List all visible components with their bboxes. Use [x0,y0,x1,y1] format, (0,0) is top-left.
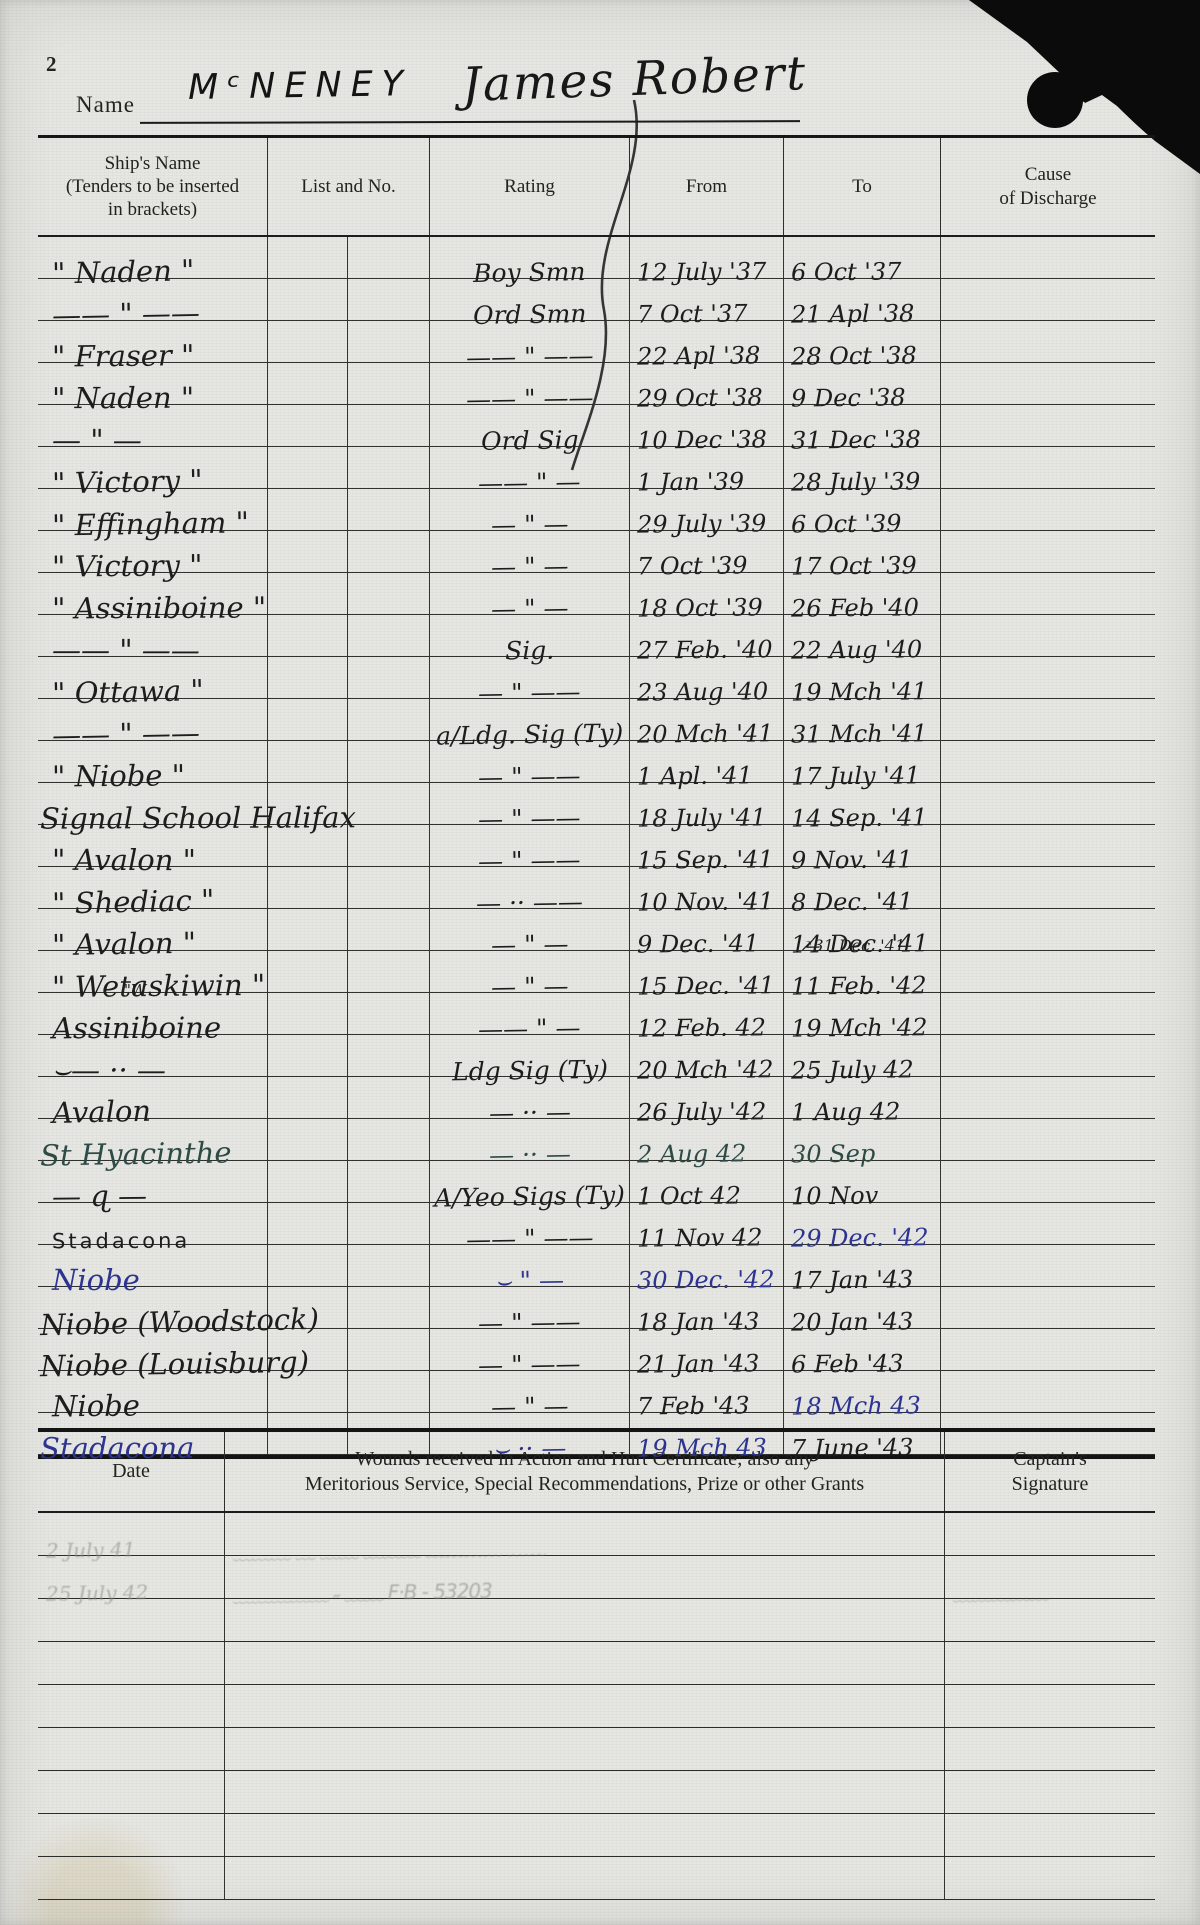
cause-cell [941,657,1155,698]
service-table-header: Ship's Name (Tenders to be inserted in b… [38,138,1155,237]
date-cell [38,1642,225,1684]
note-cell [225,1857,945,1899]
from-date-handwriting: 20 Mch '41 [630,724,774,747]
ship-name-handwriting: Niobe (Louisburg) [38,1349,309,1380]
rating-handwriting: — " — [491,597,569,621]
rating-handwriting: — " — [491,975,569,999]
from-date-handwriting: 10 Nov. '41 [630,892,774,915]
cause-cell [941,615,1155,656]
date-cell [38,1771,225,1813]
cause-cell [941,1077,1155,1118]
wounds-row [38,1771,1155,1814]
rating-handwriting: — " — [491,555,569,579]
header-rating-label: Rating [504,175,555,198]
rating-handwriting: ⌣ " — [495,1269,564,1293]
service-row: —— " ——Ord Smn7 Oct '3721 Apl '38 [38,279,1155,321]
rating-handwriting: Ldg Sig (Ty) [451,1058,607,1083]
list-no-cell [348,1287,430,1328]
cause-cell [941,573,1155,614]
service-row: — " —Ord Sig10 Dec '3831 Dec '38 [38,405,1155,447]
rating-handwriting: — " — [491,1395,569,1419]
to-date-handwriting: 7 June '43 [784,1438,914,1461]
list-cell [268,321,348,362]
cause-cell [941,993,1155,1034]
date-cell [38,1599,225,1641]
note-cell [225,1642,945,1684]
rating-handwriting: — ·· — [489,1101,571,1125]
list-no-cell [348,573,430,614]
list-no-cell [348,447,430,488]
rating-handwriting: — " —— [478,1311,581,1335]
from-date-handwriting: 1 Apl. '41 [630,766,753,789]
list-cell [268,741,348,782]
date-cell [38,1857,225,1899]
date-cell: 2 July 41 [38,1513,225,1555]
list-no-cell [348,1245,430,1286]
list-no-cell [348,1077,430,1118]
note-cell [225,1814,945,1856]
cause-cell [941,1035,1155,1076]
rating-handwriting: A/Yeo Sigs (Ty) [434,1184,625,1210]
to-date-handwriting: 9 Dec '38 [784,388,906,411]
header-wounds-line2: Meritorious Service, Special Recommendat… [305,1472,864,1497]
header-ships-name-line2: (Tenders to be inserted [66,175,239,198]
list-no-cell [348,1119,430,1160]
header-ships-name-line1: Ship's Name [105,152,201,175]
wounds-table-rows: 2 July 41﹏﹏﹏ ﹏ ﹏﹏ ﹏﹏﹏ ﹏﹏﹏﹏ ﹏﹏25 July 42﹏… [38,1513,1155,1900]
service-row: St Hyacinthe— ·· —2 Aug 4230 Sep [38,1119,1155,1161]
wounds-row [38,1642,1155,1685]
rating-handwriting: Sig. [505,639,554,662]
list-cell [268,951,348,992]
from-date-handwriting: 18 Oct '39 [630,598,763,621]
rating-handwriting: — ·· —— [476,891,583,915]
ship-name-handwriting: ⌣— ·· — [38,1057,166,1083]
header-to-label: To [852,175,872,198]
wounds-row [38,1728,1155,1771]
ship-name-handwriting: " Victory " [38,467,203,497]
note-cell [225,1728,945,1770]
service-table-rows: " Naden "Boy Smn12 July '376 Oct '37—— "… [38,237,1155,1455]
ship-name-handwriting: —— " —— [38,300,200,329]
from-date-handwriting: 7 Oct '37 [630,304,748,327]
from-date-handwriting: 27 Feb. '40 [630,640,773,663]
to-date-handwriting: 6 Oct '39 [784,514,902,537]
list-no-cell [348,951,430,992]
list-cell [268,1161,348,1202]
to-date-handwriting: 19 Mch '42 [784,1018,928,1041]
cause-cell [941,783,1155,824]
service-row: " Victory "—— " —1 Jan '3928 July '39 [38,447,1155,489]
header-signature-line2: Signature [1012,1472,1089,1497]
rating-handwriting: — " —— [478,849,581,873]
to-date-handwriting: 18 Mch 43 [784,1396,921,1419]
note-cell [225,1599,945,1641]
from-date-handwriting: 7 Oct '39 [630,556,748,579]
rating-handwriting: —— " — [478,471,581,495]
to-date-handwriting: 17 Jan '43 [784,1270,914,1293]
to-date-handwriting: 1 Aug 42 [784,1102,900,1125]
list-cell [268,1245,348,1286]
page-number: 2 [46,52,57,77]
note-cell: ﹏﹏﹏﹏﹏ ˶ ﹏﹏ F·B - 53203 [225,1556,945,1598]
ship-name-handwriting: Niobe [38,1267,140,1293]
service-row: " Fraser "—— " ——22 Apl '3828 Oct '38 [38,321,1155,363]
list-cell [268,405,348,446]
cause-cell [941,1329,1155,1370]
list-cell [268,909,348,950]
rating-handwriting: —— " —— [466,386,594,411]
signature-cell [945,1814,1155,1856]
service-row: " Effingham "— " —29 July '396 Oct '39 [38,489,1155,531]
to-cell: 6 Oct '37 [784,237,941,278]
to-date-handwriting: 6 Feb '43 [784,1354,904,1377]
list-no-cell [348,1203,430,1244]
rating-handwriting: Ord Sig [481,429,579,453]
signature-cell [945,1728,1155,1770]
ship-name-handwriting: Assiniboine [38,1015,221,1042]
cause-cell [941,825,1155,866]
service-row: " Ottawa "— " ——23 Aug '4019 Mch '41 [38,657,1155,699]
to-date-handwriting: 9 Nov. '41 [784,850,913,873]
cause-cell [941,531,1155,572]
ship-name-handwriting: — " — [38,427,142,453]
to-date-handwriting: 14 Sep. '41 [784,808,928,831]
from-date-handwriting: 10 Dec '38 [630,430,767,453]
to-date-handwriting: 20 Jan '43 [784,1312,914,1335]
from-date-handwriting: 29 July '39 [630,514,766,537]
list-cell [268,657,348,698]
list-no-cell [348,237,430,278]
wounds-table: Date Wounds received in Action and Hurt … [38,1428,1155,1900]
ship-name-handwriting: Niobe [38,1392,140,1419]
wounds-row [38,1685,1155,1728]
rating-cell: Boy Smn [430,237,630,278]
from-date-handwriting: 11 Nov 42 [630,1228,763,1251]
wounds-row [38,1814,1155,1857]
signature-cell [945,1513,1155,1555]
ship-name-handwriting: " Fraser " [38,342,195,370]
to-date-handwriting: 10 Nov [784,1186,878,1209]
wounds-row [38,1857,1155,1900]
cause-cell [941,1287,1155,1328]
from-date-handwriting: 1 Jan '39 [630,472,744,495]
service-row: " Shediac "— ·· ——10 Nov. '418 Dec. '41 [38,867,1155,909]
ship-name-handwriting: " Avalon " [38,930,196,959]
service-row: " Naden "—— " ——29 Oct '389 Dec '38 [38,363,1155,405]
ship-name-handwriting: Stadacona [38,1435,194,1462]
cause-cell [941,699,1155,740]
to-date-handwriting: 29 Dec. '42 [784,1228,929,1251]
ship-name-handwriting: — ɋ — [38,1182,147,1209]
to-date-handwriting: 21 Apl '38 [784,304,915,327]
cause-cell [941,909,1155,950]
service-row: Niobe⌣ " —30 Dec. '4217 Jan '43 [38,1245,1155,1287]
ship-name-handwriting: —— " —— [38,637,200,663]
rating-handwriting: —— " —— [466,1226,594,1251]
date-cell [38,1685,225,1727]
rating-handwriting: Ord Smn [473,303,587,327]
cause-cell [941,363,1155,404]
list-cell [268,1203,348,1244]
date-cell: 25 July 42 [38,1556,225,1598]
cause-cell [941,405,1155,446]
from-date-handwriting: 18 July '41 [630,808,766,831]
surname-handwriting: MᶜNENEY [188,64,413,108]
cause-cell [941,1203,1155,1244]
wounds-row [38,1599,1155,1642]
from-date-handwriting: 29 Oct '38 [630,388,763,411]
ship-cell: " Naden " [38,237,268,278]
header-to: To [784,138,941,235]
note-cell [225,1685,945,1727]
ship-name-handwriting: " Effingham " [38,509,249,539]
to-date-handwriting: 31 Mch '41 [784,724,928,747]
from-date-handwriting: 15 Dec. '41 [630,976,775,999]
service-row: —— " ——a/Ldg. Sig (Ty)20 Mch '4131 Mch '… [38,699,1155,741]
list-cell [268,1077,348,1118]
rating-handwriting: — " —— [478,765,581,789]
header-cause-line1: Cause [1025,163,1071,186]
from-cell: 12 July '37 [630,237,784,278]
list-cell [268,1035,348,1076]
wounds-row: 25 July 42﹏﹏﹏﹏﹏ ˶ ﹏﹏ F·B - 53203﹏﹏﹏﹏﹏ [38,1556,1155,1599]
rating-handwriting: a/Ldg. Sig (Ty) [436,722,624,748]
to-date-insertion-note: ↗31 Dec. '41 [800,936,905,955]
list-cell [268,489,348,530]
list-cell [268,993,348,1034]
list-no-cell [348,1161,430,1202]
ship-name-handwriting: " Niobe " [38,762,185,790]
note-cell: ﹏﹏﹏ ﹏ ﹏﹏ ﹏﹏﹏ ﹏﹏﹏﹏ ﹏﹏ [225,1513,945,1555]
list-cell [268,447,348,488]
ship-name-handwriting: " Assiniboine " [38,594,266,621]
signature-cell: ﹏﹏﹏﹏﹏ [945,1556,1155,1598]
wounds-table-header: Date Wounds received in Action and Hurt … [38,1432,1155,1513]
list-no-cell [348,279,430,320]
name-label: Name [76,92,135,118]
list-no-cell [348,1329,430,1370]
from-date-handwriting: 30 Dec. '42 [630,1270,775,1293]
from-date-handwriting: 19 Mch 43 [630,1438,767,1461]
list-cell [268,1119,348,1160]
ship-name-handwriting: St Hyacinthe [38,1139,232,1168]
from-date-handwriting: 9 Dec. '41 [630,934,759,957]
header-rating: Rating [430,138,630,235]
cause-cell [941,279,1155,320]
list-no-cell [348,909,430,950]
rating-handwriting: Boy Smn [473,261,586,285]
signature-cell [945,1685,1155,1727]
list-cell [268,363,348,404]
rating-handwriting: ⌣ ·· — [493,1437,567,1461]
cause-cell [941,489,1155,530]
ship-name-handwriting: " Shediac " [38,887,215,917]
service-row: Niobe (Woodstock)— " ——18 Jan '4320 Jan … [38,1287,1155,1329]
list-no-cell [348,825,430,866]
from-date-handwriting: 20 Mch '42 [630,1060,774,1083]
date-cell [38,1814,225,1856]
to-date-handwriting: 31 Dec '38 [784,430,921,453]
ship-name-handwriting: " Naden " [38,257,195,287]
from-date-handwriting: 7 Feb '43 [630,1396,750,1419]
list-no-cell [348,321,430,362]
to-date-handwriting: 6 Oct '37 [784,262,902,285]
to-date-handwriting: 26 Feb '40 [784,598,919,621]
from-date-handwriting: 21 Jan '43 [630,1354,760,1377]
ship-name-handwriting: Avalon [38,1098,151,1127]
from-date-handwriting: 22 Apl '38 [630,346,761,369]
header-list-and-no: List and No. [268,138,430,235]
header-signature-line1: Captain's [1013,1447,1087,1472]
ships-service-table: Ship's Name (Tenders to be inserted in b… [38,135,1155,1459]
to-date-handwriting: 28 Oct '38 [784,346,917,369]
cause-cell [941,867,1155,908]
to-date-handwriting: 19 Mch '41 [784,682,928,705]
list-no-cell [348,657,430,698]
wounds-row: 2 July 41﹏﹏﹏ ﹏ ﹏﹏ ﹏﹏﹏ ﹏﹏﹏﹏ ﹏﹏ [38,1513,1155,1556]
cause-cell [941,1371,1155,1412]
to-date-handwriting: 22 Aug '40 [784,640,922,663]
rating-handwriting: — " —— [478,1353,581,1377]
list-no-cell [348,867,430,908]
service-record-page: 2 Name MᶜNENEY James Robert Ship's Name … [0,0,1200,1925]
service-row: Signal School Halifax— " ——18 July '4114… [38,783,1155,825]
to-date-handwriting: 17 July '41 [784,766,920,789]
cause-cell [941,1245,1155,1286]
rating-handwriting: — " —— [478,681,581,705]
ship-name-handwriting: " Wetaskiwin " [38,972,265,1000]
from-date-handwriting: 18 Jan '43 [630,1312,760,1335]
list-cell [268,699,348,740]
header-from: From [630,138,784,235]
from-date-handwriting: 12 Feb. 42 [630,1018,766,1041]
service-row: " Naden "Boy Smn12 July '376 Oct '37 [38,237,1155,279]
header-list-label: List and No. [301,175,395,198]
list-cell [268,531,348,572]
from-date-handwriting: 2 Aug 42 [630,1144,746,1167]
list-no-cell [348,741,430,782]
signature-cell [945,1599,1155,1641]
service-row: " Assiniboine "— " —18 Oct '3926 Feb '40 [38,573,1155,615]
header-cause-line2: of Discharge [999,187,1096,210]
rating-handwriting: — " —— [478,807,581,831]
cause-cell [941,237,1155,278]
from-date-handwriting: 12 July '37 [630,262,766,285]
ship-name-handwriting: —— " —— [38,720,200,749]
ship-name-handwriting: " Naden " [38,385,194,412]
list-no-cell [348,531,430,572]
note-cell [225,1771,945,1813]
list-cell [268,615,348,656]
list-cell [268,237,348,278]
rating-handwriting: — " — [491,933,569,957]
service-row: " Wetaskiwin "— " —15 Dec. '4111 Feb. '4… [38,951,1155,993]
header-captains-signature: Captain's Signature [945,1432,1155,1511]
to-date-handwriting: 28 July '39 [784,472,920,495]
list-cell [268,279,348,320]
signature-cell [945,1642,1155,1684]
list-no-cell [348,699,430,740]
to-date-handwriting: 25 July 42 [784,1060,914,1083]
signature-cell [945,1857,1155,1899]
ship-name-handwriting: " Ottawa " [38,677,204,707]
rating-handwriting: — ·· — [489,1143,571,1167]
ship-name-handwriting: Signal School Halifax [38,804,356,831]
list-no-cell [348,1035,430,1076]
rating-handwriting: —— " — [478,1017,581,1041]
from-date-handwriting: 23 Aug '40 [630,682,768,705]
cause-cell [941,1119,1155,1160]
from-date-handwriting: 1 Oct 42 [630,1186,741,1209]
date-cell [38,1728,225,1770]
from-date-handwriting: 26 July '42 [630,1102,766,1125]
rating-handwriting: —— " —— [466,344,594,369]
list-no-cell [348,1371,430,1412]
header-cause: Cause of Discharge [941,138,1155,235]
header-ships-name: Ship's Name (Tenders to be inserted in b… [38,138,268,235]
given-name-handwriting: James Robert [461,46,808,113]
signature-cell [945,1771,1155,1813]
list-no-cell [348,783,430,824]
list-cell [268,573,348,614]
rating-handwriting: — " — [491,513,569,537]
list-no-cell [348,405,430,446]
header-from-label: From [686,175,727,198]
to-date-handwriting: 17 Oct '39 [784,556,917,579]
ship-name-handwriting: Stadacona [38,1232,190,1252]
list-no-cell [348,615,430,656]
to-date-handwriting: 8 Dec. '41 [784,892,913,915]
cause-cell [941,741,1155,782]
to-date-handwriting: 30 Sep [784,1144,875,1167]
list-cell [268,867,348,908]
cause-cell [941,321,1155,362]
cause-cell [941,1161,1155,1202]
list-no-cell [348,489,430,530]
ship-name-handwriting: " Avalon " [38,847,196,873]
ship-name-handwriting: " Victory " [38,552,203,580]
name-underline [140,120,800,124]
cause-cell [941,951,1155,992]
list-no-cell [348,993,430,1034]
header-ships-name-line3: in brackets) [108,198,197,221]
list-no-cell [348,363,430,404]
cause-cell [941,447,1155,488]
from-date-handwriting: 15 Sep. '41 [630,850,774,873]
ship-name-handwriting: Niobe (Woodstock) [38,1306,319,1338]
to-date-handwriting: 11 Feb. '42 [784,976,927,999]
